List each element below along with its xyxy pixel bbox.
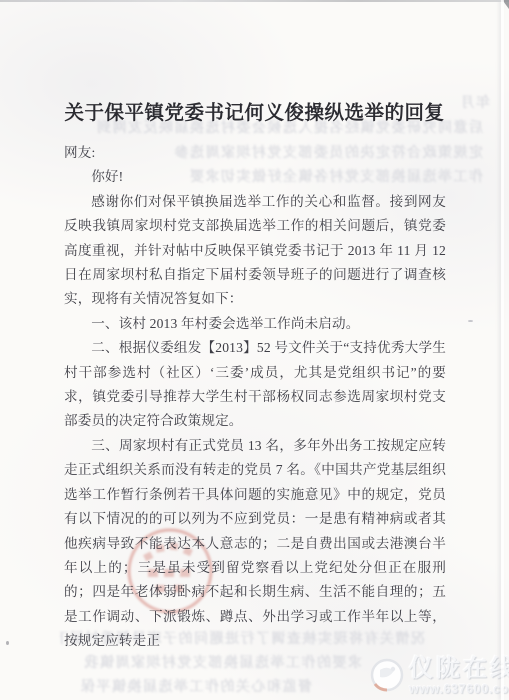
scan-top-edge [0,0,509,2]
site-logo-icon [368,656,406,696]
watermark-site-url: www.637600.com [409,682,509,696]
salutation: 网友: [64,141,446,165]
paragraph-intro: 感谢你们对保平镇换届选举工作的关心和监督。接到网友反映我镇周家坝村党支部换届选举… [64,190,446,312]
paragraph-item-1: 一、该村 2013 年村委会选举工作尚未启动。 [64,312,446,336]
scan-right-edge [501,0,504,700]
scan-speck [468,320,473,322]
scanned-document-page: 后意同究研委党镇经名提人选候会委村选换届映反友网到接 定规策政合符定决的员委部支… [0,0,509,700]
site-watermark: 仪陇在线 www.637600.com [368,656,509,696]
paragraph-item-2: 二、根据仪委组发【2013】52 号文件关于“支持优秀大学生村干部参选村（社区）… [64,336,446,434]
watermark-site-name: 仪陇在线 [409,656,509,682]
bleedthrough-text-line: 督监和心关的作工举选届换镇平保 [77,676,312,696]
greeting: 你好! [64,165,446,189]
scan-speck [6,641,9,645]
paragraph-item-3: 三、周家坝村有正式党员 13 名，多年外出务工按规定应转走正式组织关系而没有转走… [64,434,446,654]
document-body: 网友: 你好! 感谢你们对保平镇换届选举工作的关心和监督。接到网友反映我镇周家坝… [64,141,446,654]
document-title: 关于保平镇党委书记何义俊操纵选举的回复 [0,97,509,125]
bleedthrough-text-line: 求要的作工举选届换部支党村坝家周镇我 [72,652,362,672]
